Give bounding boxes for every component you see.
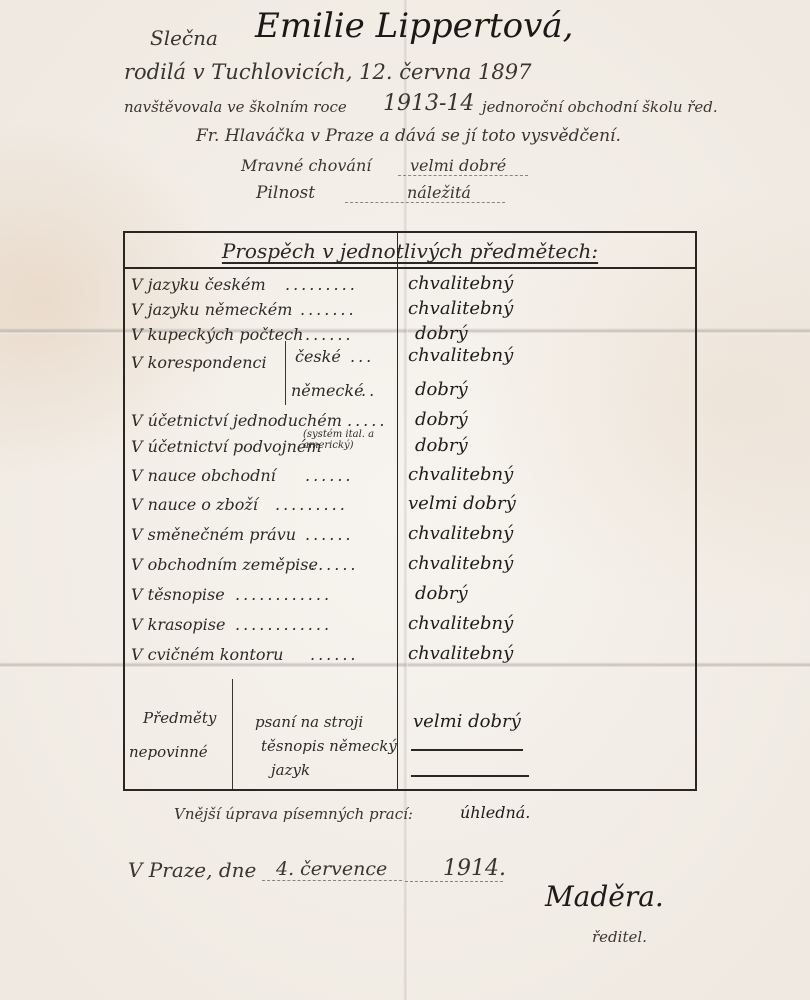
subject-calligraphy: V krasopise [131,615,225,634]
dot-leader: ......... [285,275,358,294]
dot-leader: ....... [300,300,357,319]
subject-merchandise: V nauce o zboží [131,495,258,514]
optional-divider [232,679,233,789]
dot-leader: ............ [235,585,332,604]
conduct-label: Mravné chování [241,156,371,175]
grade-typing: velmi dobrý [413,711,521,732]
table-header: Prospěch v jednotlivých předmětech: [125,239,695,263]
grade-blank-line [411,749,523,751]
correspondence-divider [285,341,286,405]
optional-label-line2: nepovinné [129,743,208,761]
column-divider [397,233,398,789]
dot-leader: ...... [305,325,354,344]
grade-single-entry-bookkeeping: dobrý [415,409,468,430]
grade-calligraphy: chvalitebný [408,613,513,634]
subject-commercial-arithmetic: V kupeckých počtech [131,325,303,344]
grade-double-entry-bookkeeping: dobrý [415,435,468,456]
subject-practice-office: V cvičném kontoru [131,645,283,664]
dot-leader: ............ [235,615,332,634]
diligence-label: Pilnost [256,183,315,203]
grade-commercial-geography: chvalitebný [408,553,513,574]
dot-leader: .. [361,381,377,400]
header-divider [125,267,695,269]
optional-subject-language: jazyk [271,761,310,779]
dot-leader: ..... [347,411,387,430]
attended-prefix: navštěvovala ve školním roce [124,98,347,116]
grade-merchandise: velmi dobrý [408,493,516,514]
subject-shorthand: V těsnopise [131,585,225,604]
grade-business-studies: chvalitebný [408,464,513,485]
grades-table: Prospěch v jednotlivých předmětech: V ja… [123,231,697,791]
conduct-value: velmi dobré [398,156,528,176]
grade-practice-office: chvalitebný [408,643,513,664]
dot-leader: ...... [310,645,359,664]
dot-leader: ......... [275,495,348,514]
bookkeeping-system-note: (systém ital. a americký) [303,429,393,451]
optional-label-line1: Předměty [143,709,216,727]
salutation: Slečna [150,26,218,50]
school-line: Fr. Hlaváčka v Praze a dává se jí toto v… [196,126,621,146]
subject-german: V jazyku německém [131,300,292,319]
birth-line: rodilá v Tuchlovicích, 12. června 1897 [124,60,532,84]
grade-correspondence-german: dobrý [415,379,468,400]
subject-business-studies: V nauce obchodní [131,466,276,485]
dot-leader: ...... [305,466,354,485]
subject-correspondence: V korespondenci [131,353,267,372]
place-label: V Praze, dne [128,858,256,882]
grade-shorthand: dobrý [415,583,468,604]
dot-leader: ... [350,347,374,366]
subject-single-entry-bookkeeping: V účetnictví jednoduchém [131,411,342,430]
grade-blank-line [411,775,529,777]
optional-subject-typing: psaní na stroji [255,713,363,731]
grade-correspondence-czech: chvalitebný [408,345,513,366]
grade-commercial-arithmetic: dobrý [415,323,468,344]
director-title: ředitel. [592,928,647,946]
diligence-value: náležitá [345,183,505,203]
correspondence-german: německé [291,381,364,400]
date-day-month: 4. července [262,858,402,881]
director-signature: Maděra. [545,880,664,913]
optional-subject-german-shorthand: těsnopis německý [261,737,397,755]
appearance-label: Vnější úprava písemných prací: [174,805,413,823]
subject-double-entry-bookkeeping: V účetnictví podvojném [131,437,322,456]
subject-commercial-geography: V obchodním zeměpise [131,555,318,574]
dot-leader: ...... [305,525,354,544]
student-name: Emilie Lippertová, [255,6,573,46]
grade-czech: chvalitebný [408,273,513,294]
grade-german: chvalitebný [408,298,513,319]
date-year: 1914. [405,856,503,882]
dot-leader: ...... [310,555,359,574]
appearance-value: úhledná. [460,803,530,822]
school-year: 1913-14 [383,91,474,116]
grade-exchange-law: chvalitebný [408,523,513,544]
subject-czech: V jazyku českém [131,275,266,294]
correspondence-czech: české [295,347,341,366]
attended-suffix: jednoroční obchodní školu řed. [482,98,718,116]
subject-exchange-law: V směnečném právu [131,525,296,544]
